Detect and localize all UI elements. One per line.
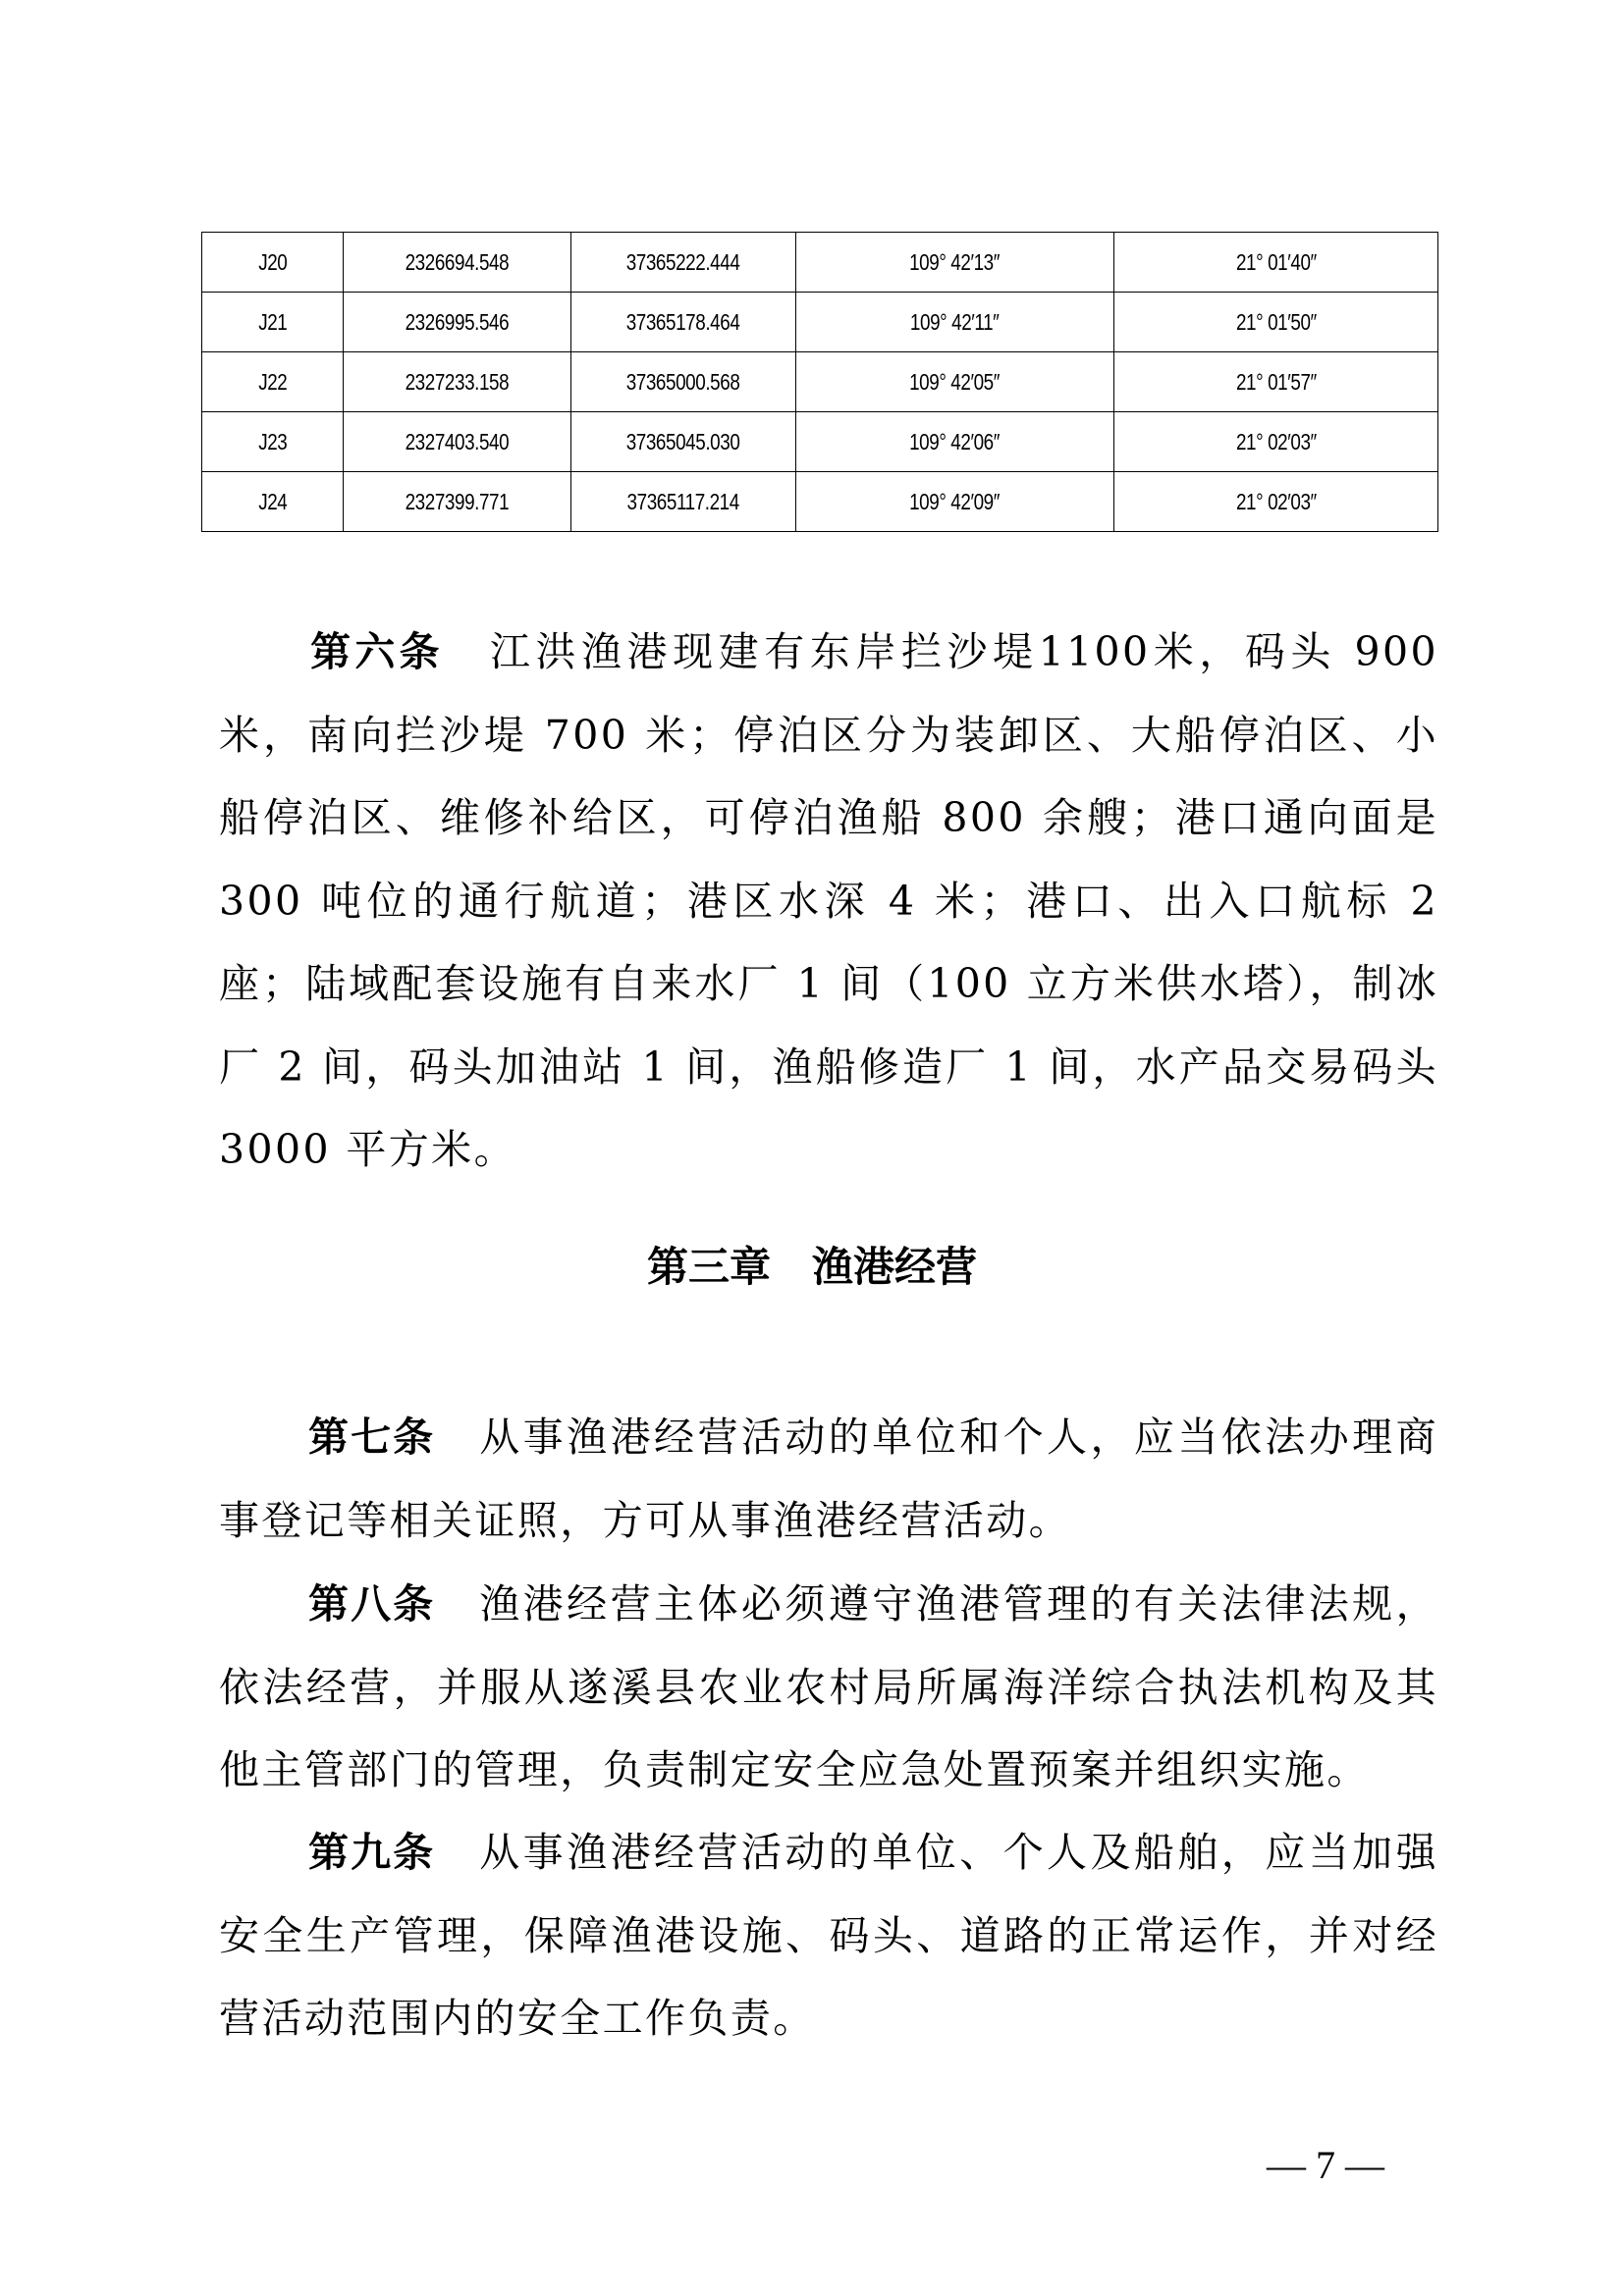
chapter-number: 第三章 [647, 1243, 771, 1291]
point-cell: J20 [202, 233, 344, 293]
article-label: 第六条 [307, 628, 444, 675]
table-row: J23 2327403.540 37365045.030 109° 42′06″… [202, 412, 1438, 472]
point-cell: J22 [202, 352, 344, 412]
x-cell: 2327233.158 [344, 352, 571, 412]
y-cell: 37365222.444 [571, 233, 796, 293]
coordinate-table: J20 2326694.548 37365222.444 109° 42′13″… [201, 232, 1438, 532]
point-cell: J21 [202, 293, 344, 352]
chapter-title: 渔港经营 [812, 1243, 977, 1291]
article-7: 第七条从事渔港经营活动的单位和个人，应当依法办理商事登记等相关证照，方可从事渔港… [219, 1396, 1438, 1562]
latitude-cell: 21° 02′03″ [1114, 412, 1438, 472]
chapter-heading: 第三章渔港经营 [0, 1235, 1624, 1294]
y-cell: 37365000.568 [571, 352, 796, 412]
longitude-cell: 109° 42′06″ [796, 412, 1114, 472]
table-row: J24 2327399.771 37365117.214 109° 42′09″… [202, 472, 1438, 532]
article-9: 第九条从事渔港经营活动的单位、个人及船舶，应当加强安全生产管理，保障渔港设施、码… [219, 1811, 1438, 2060]
article-8: 第八条渔港经营主体必须遵守渔港管理的有关法律法规，依法经营，并服从遂溪县农业农村… [219, 1563, 1438, 1812]
article-label: 第八条 [307, 1580, 435, 1628]
page-number: — 7 — [1267, 2142, 1384, 2188]
x-cell: 2327399.771 [344, 472, 571, 532]
latitude-cell: 21° 01′57″ [1114, 352, 1438, 412]
article-label: 第七条 [307, 1414, 435, 1461]
article-text: 江洪渔港现建有东岸拦沙堤1100米，码头 900 米，南向拦沙堤 700 米；停… [219, 628, 1438, 1173]
article-label: 第九条 [307, 1829, 435, 1876]
latitude-cell: 21° 01′40″ [1114, 233, 1438, 293]
table-row: J20 2326694.548 37365222.444 109° 42′13″… [202, 233, 1438, 293]
table-row: J21 2326995.546 37365178.464 109° 42′11″… [202, 293, 1438, 352]
x-cell: 2327403.540 [344, 412, 571, 472]
article-6: 第六条江洪渔港现建有东岸拦沙堤1100米，码头 900 米，南向拦沙堤 700 … [219, 611, 1438, 1192]
point-cell: J23 [202, 412, 344, 472]
longitude-cell: 109° 42′13″ [796, 233, 1114, 293]
table-row: J22 2327233.158 37365000.568 109° 42′05″… [202, 352, 1438, 412]
point-cell: J24 [202, 472, 344, 532]
x-cell: 2326995.546 [344, 293, 571, 352]
longitude-cell: 109° 42′09″ [796, 472, 1114, 532]
y-cell: 37365117.214 [571, 472, 796, 532]
x-cell: 2326694.548 [344, 233, 571, 293]
longitude-cell: 109° 42′11″ [796, 293, 1114, 352]
latitude-cell: 21° 02′03″ [1114, 472, 1438, 532]
latitude-cell: 21° 01′50″ [1114, 293, 1438, 352]
y-cell: 37365045.030 [571, 412, 796, 472]
longitude-cell: 109° 42′05″ [796, 352, 1114, 412]
y-cell: 37365178.464 [571, 293, 796, 352]
